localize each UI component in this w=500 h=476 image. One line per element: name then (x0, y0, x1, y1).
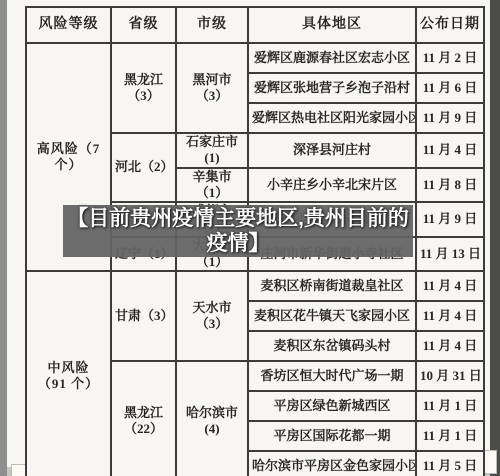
table-row: 高风险（7 个）黑龙江（3）黑河市（3）爱辉区鹿源春社区宏志小区11 月 2 日 (26, 43, 484, 73)
scan-artifact-bottom-right (483, 450, 497, 474)
area-cell: 香坊区恒大时代广场一期 (248, 361, 416, 391)
area-cell: 爱辉区热电社区阳光家园小区 (248, 103, 416, 133)
column-header-3: 具体地区 (248, 7, 416, 43)
province-cell: 甘肃（3） (111, 271, 176, 361)
date-cell: 11 月 4 日 (416, 301, 484, 331)
column-header-2: 市级 (176, 7, 248, 43)
province-cell: 河北（2） (111, 133, 176, 202)
area-cell: 麦积区东岔镇码头村 (248, 331, 416, 361)
date-cell: 11 月 5 日 (416, 451, 484, 476)
province-cell: 黑龙江（3） (111, 43, 176, 133)
city-cell: 黑河市（3） (176, 43, 248, 133)
column-header-4: 公布日期 (416, 7, 484, 43)
date-cell: 11 月 13 日 (416, 237, 484, 272)
province-cell: 黑龙江 （22） (111, 361, 176, 476)
date-cell: 11 月 9 日 (416, 103, 484, 133)
caption-line-1: 【目前贵州疫情主要地区,贵州目前的 (67, 206, 409, 231)
area-cell: 爱辉区鹿源春社区宏志小区 (248, 43, 416, 73)
column-header-0: 风险等级 (26, 7, 111, 43)
date-cell: 11 月 9 日 (416, 202, 484, 237)
date-cell: 10 月 31 日 (416, 361, 484, 391)
caption-overlay: 【目前贵州疫情主要地区,贵州目前的 疫情】 (63, 205, 413, 257)
city-cell: 石家庄市(1) (176, 133, 248, 168)
area-cell: 平房区国际花都一期 (248, 421, 416, 451)
area-cell: 麦积区花牛镇天飞家园小区 (248, 301, 416, 331)
caption-line-2: 疫情】 (207, 231, 270, 256)
table-row: 中风险 （91 个）甘肃（3）天水市（3）麦积区桥南街道裁皇社区11 月 4 日 (26, 271, 484, 301)
area-cell: 爱辉区张地营子乡泡子沿村 (248, 73, 416, 103)
column-header-1: 省级 (111, 7, 176, 43)
area-cell: 平房区绿色新城西区 (248, 391, 416, 421)
area-cell: 小辛庄乡小辛北宋片区 (248, 168, 416, 203)
area-cell: 麦积区桥南街道裁皇社区 (248, 271, 416, 301)
date-cell: 11 月 6 日 (416, 73, 484, 103)
risk-level-cell: 中风险 （91 个） (26, 271, 111, 476)
date-cell: 11 月 1 日 (416, 421, 484, 451)
page-left-margin (0, 0, 7, 476)
city-cell: 哈尔滨市(4) (176, 361, 248, 476)
date-cell: 11 月 2 日 (416, 43, 484, 73)
table-header-row: 风险等级省级市级具体地区公布日期 (26, 7, 484, 43)
date-cell: 11 月 4 日 (416, 133, 484, 168)
date-cell: 11 月 4 日 (416, 271, 484, 301)
area-cell: 深泽县河庄村 (248, 133, 416, 168)
city-cell: 辛集市（1） (176, 168, 248, 203)
page-right-margin (490, 0, 500, 476)
date-cell: 11 月 4 日 (416, 331, 484, 361)
date-cell: 11 月 1 日 (416, 391, 484, 421)
city-cell: 天水市（3） (176, 271, 248, 361)
area-cell: 哈尔滨市平房区金色家园小区二期（7 (248, 451, 416, 476)
date-cell: 11 月 8 日 (416, 168, 484, 203)
